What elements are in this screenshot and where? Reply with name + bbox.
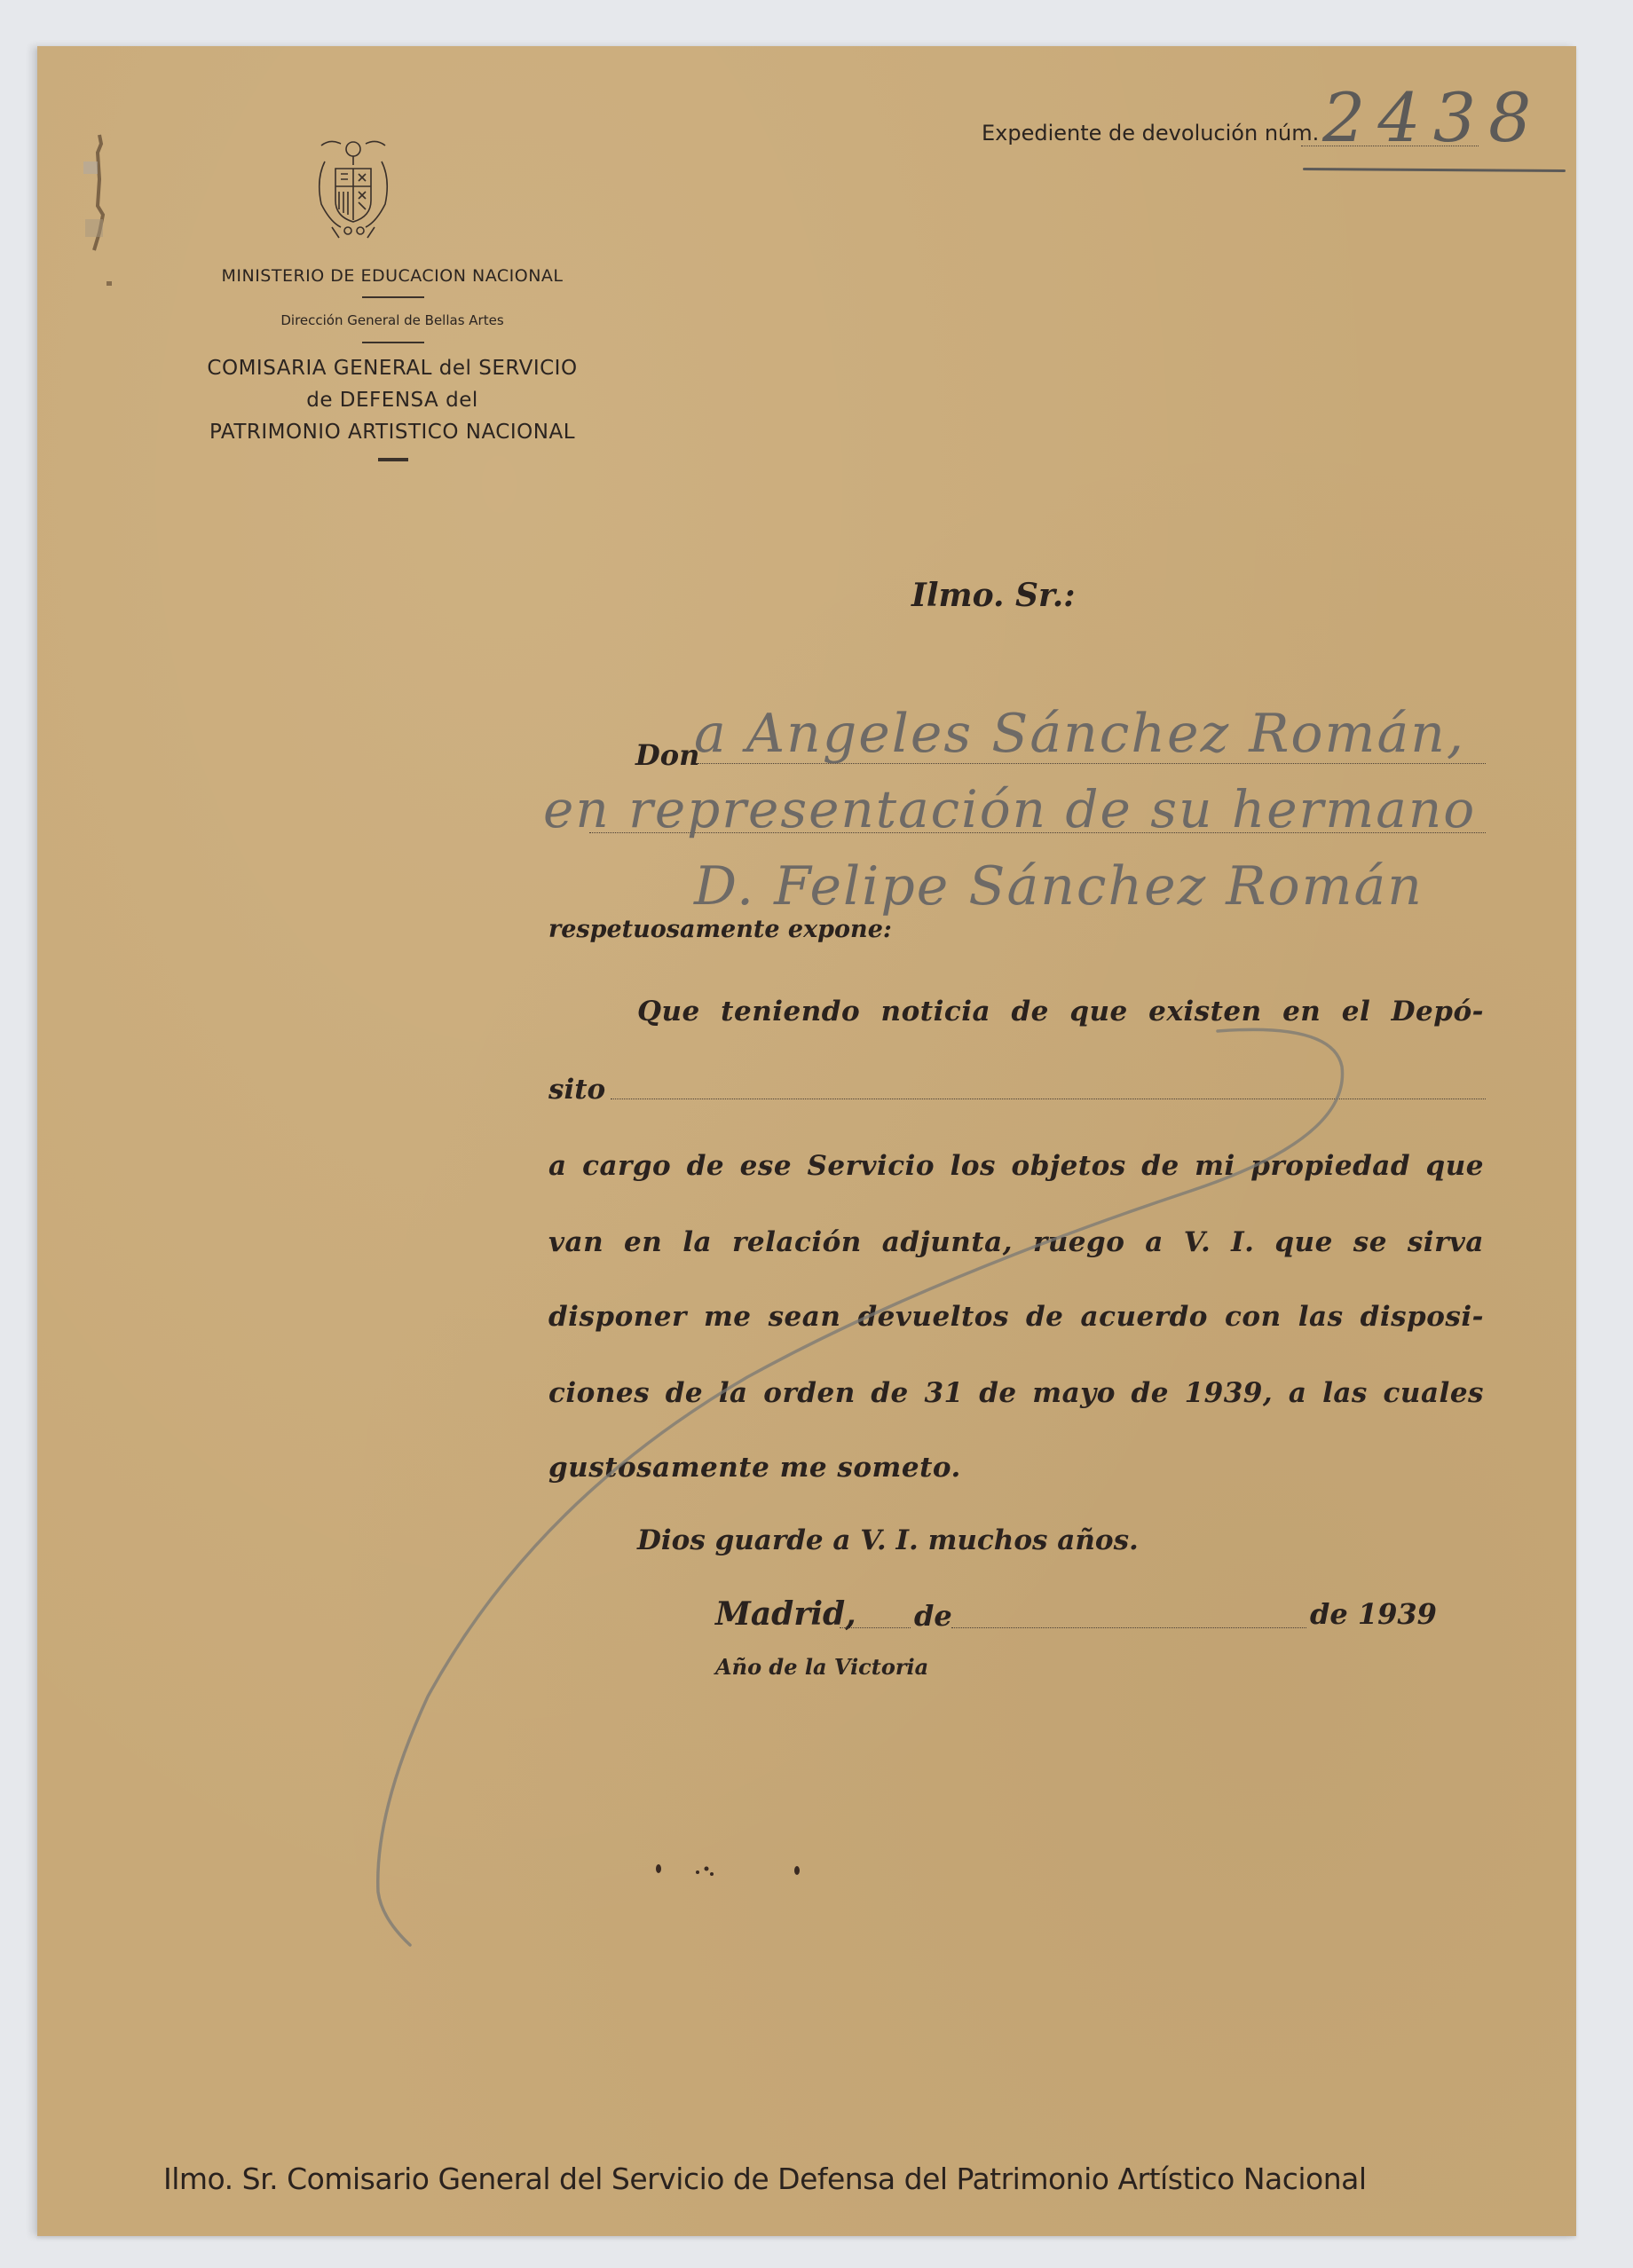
ink-specks <box>641 1856 854 1892</box>
document-page: Expediente de devolución núm. 2438 MINIS… <box>37 46 1576 2236</box>
footer-addressee: Ilmo. Sr. Comisario General del Servicio… <box>163 2162 1367 2196</box>
pencil-strike-mark <box>37 46 1576 2236</box>
